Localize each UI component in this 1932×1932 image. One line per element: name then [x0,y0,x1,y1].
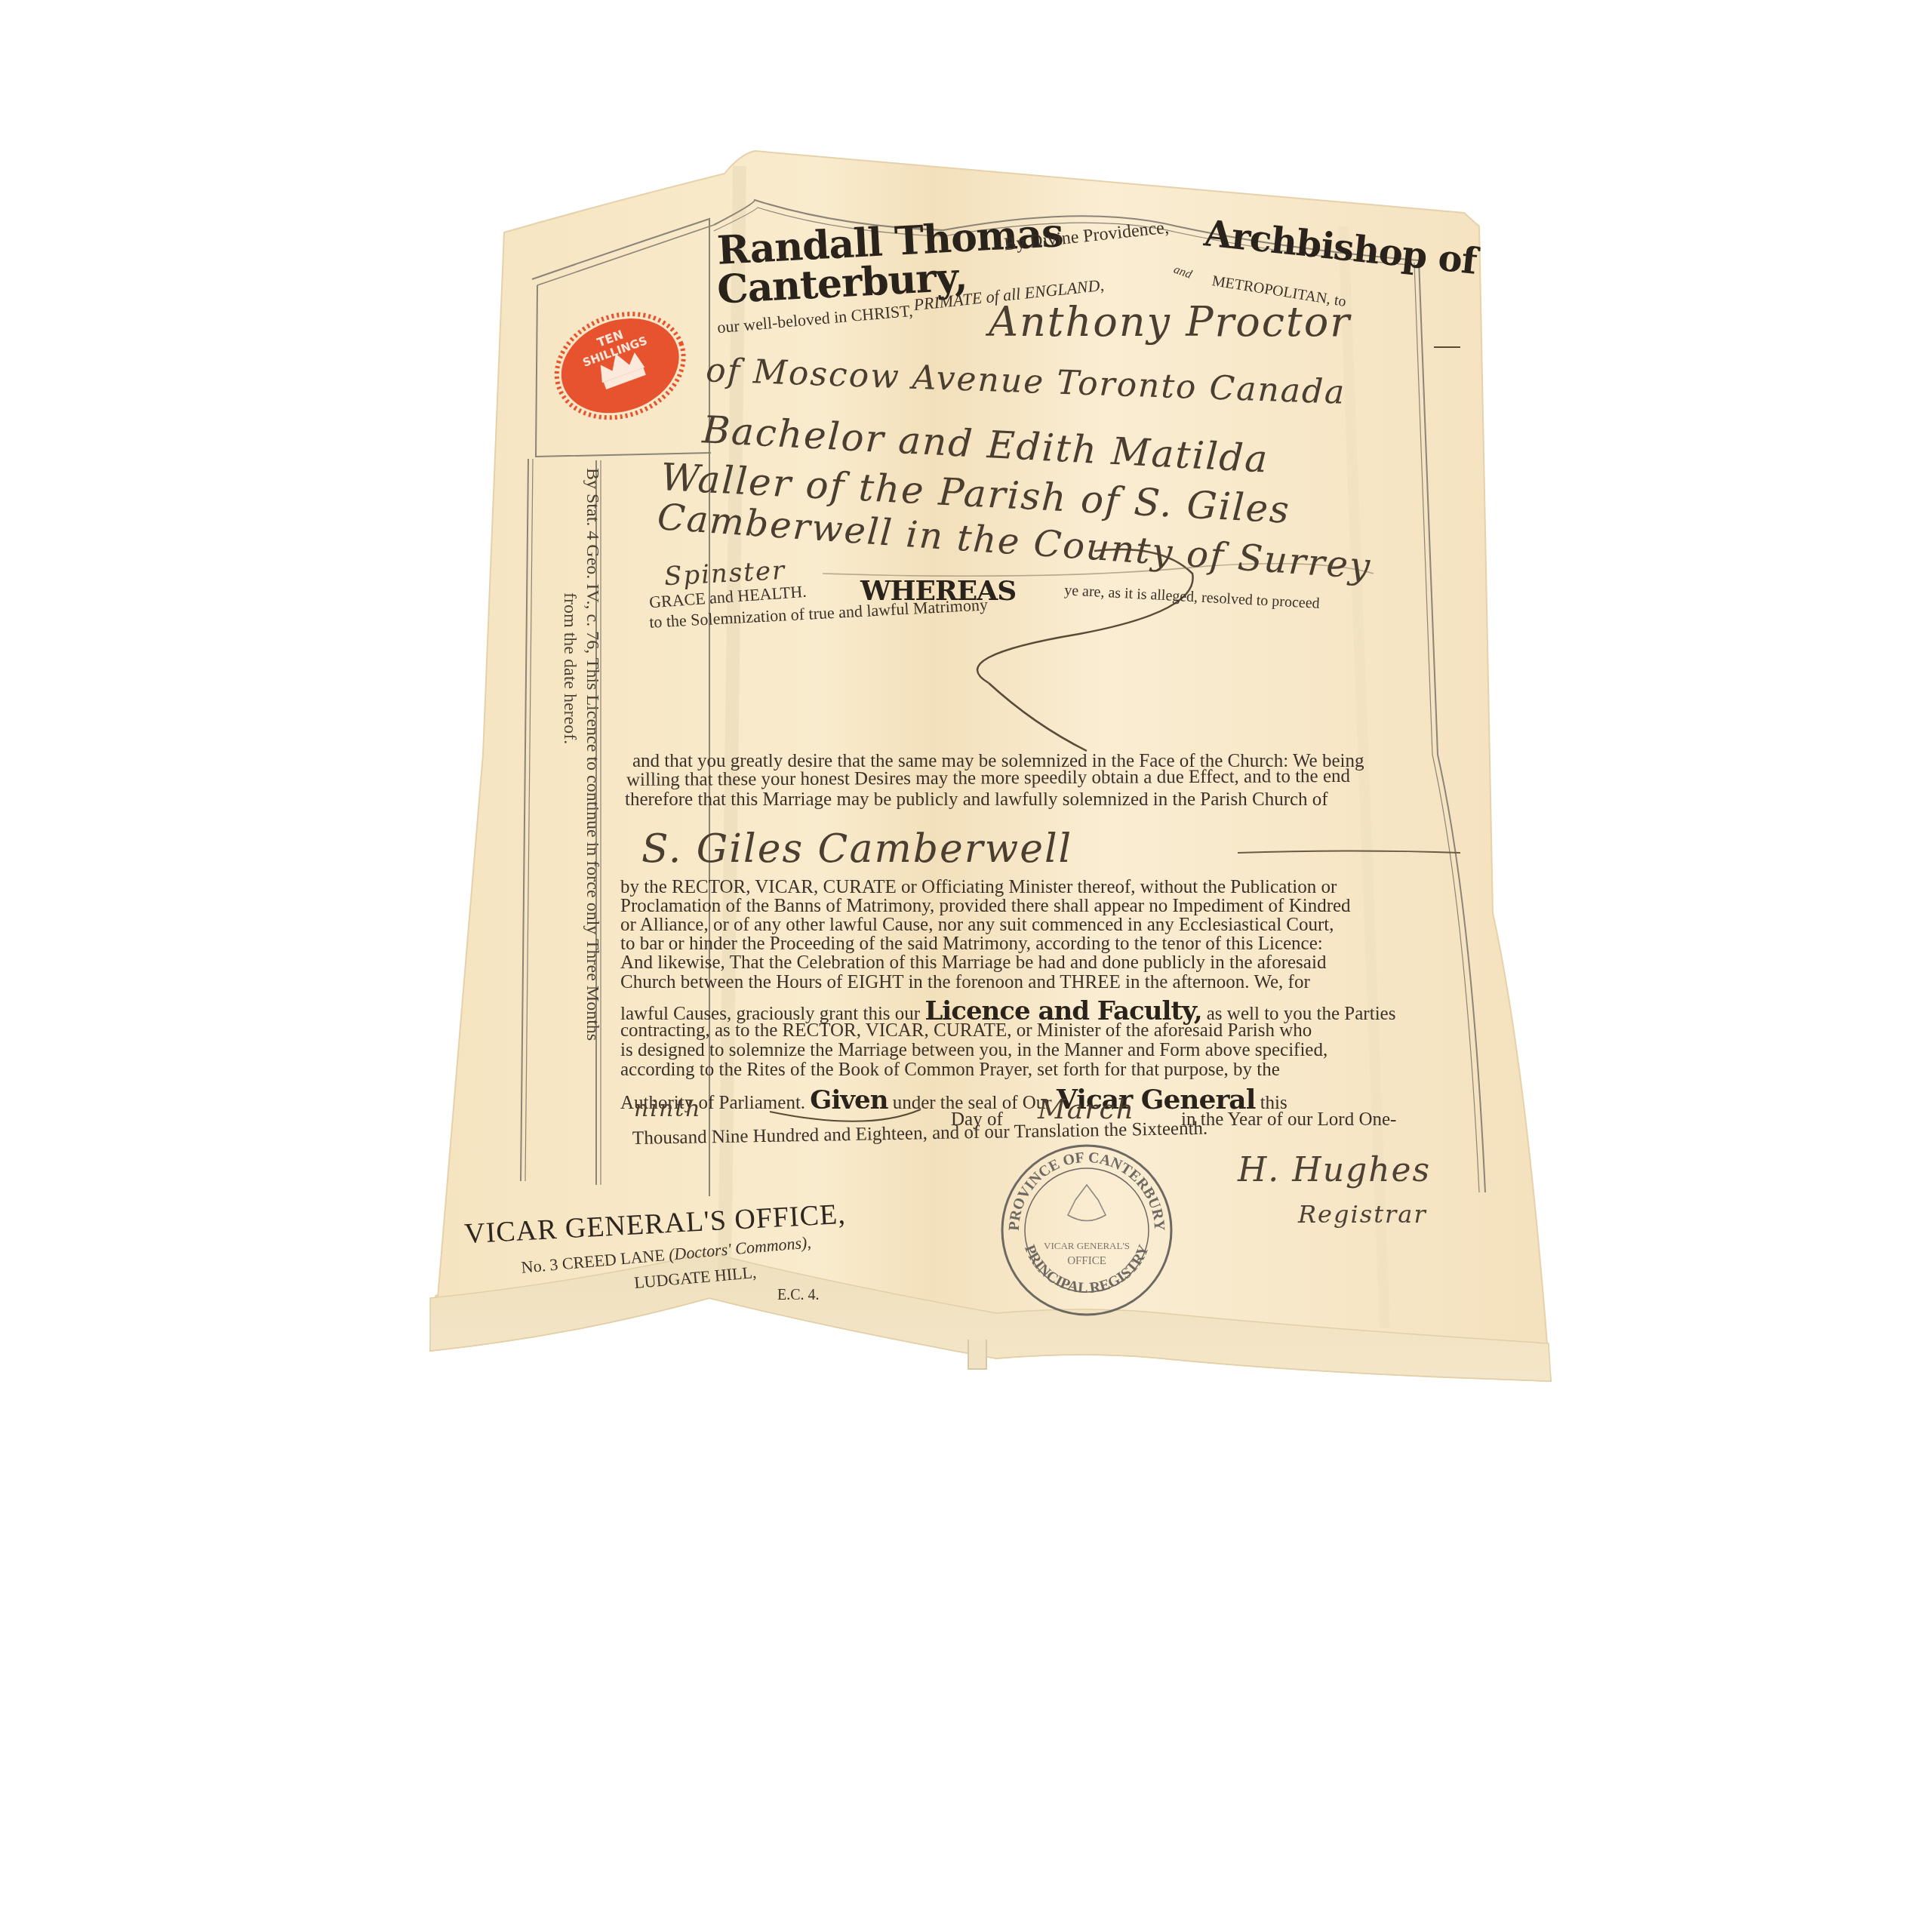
fold-tab [968,1340,987,1370]
official-seal: PROVINCE OF CANTERBURY PRINCIPAL REGISTR… [992,1140,1181,1321]
body-line: therefore that this Marriage may be publ… [625,789,1328,811]
body-line: according to the Rites of the Book of Co… [620,1060,1280,1081]
date-rest: in the Year of our Lord One- [1181,1109,1396,1131]
validity-note: By Stat. 4 Geo. IV., c. 76, This Licence… [582,468,602,1041]
body-line: is designed to solemnize the Marriage be… [620,1040,1327,1061]
office-address-3: E.C. 4. [777,1287,820,1304]
revenue-stamp: TEN SHILLINGS [543,287,694,438]
day-handwritten: ninth [634,1096,702,1122]
groom-name: Anthony Proctor [989,298,1351,346]
parish-church: S. Giles Camberwell [641,826,1072,872]
svg-text:PROVINCE OF CANTERBURY: PROVINCE OF CANTERBURY [1006,1149,1168,1232]
body-line: willing that these your honest Desires m… [626,766,1350,791]
validity-note-line-2: from the date hereof. [559,592,580,744]
body-line: by the RECTOR, VICAR, CURATE or Officiat… [620,877,1337,898]
body-line: or Alliance, or of any other lawful Caus… [620,915,1334,936]
seal-outer-top: PROVINCE OF CANTERBURY [1006,1149,1168,1232]
registrar-title: Registrar [1298,1200,1427,1229]
given-word: Given [810,1085,888,1115]
seal-inner-2: OFFICE [1067,1255,1106,1267]
licence-document: TEN SHILLINGS Randall Thomas By Divine P… [0,0,1932,1932]
body-line: contracting, as to the RECTOR, VICAR, CU… [620,1020,1312,1041]
body-line: Church between the Hours of EIGHT in the… [620,972,1310,993]
body-line: And likewise, That the Celebration of th… [620,952,1326,974]
body-line: to bar or hinder the Proceeding of the s… [620,934,1323,955]
body-line: Proclamation of the Banns of Matrimony, … [620,896,1351,917]
registrar-signature: H. Hughes [1238,1151,1431,1189]
seal-inner-1: VICAR GENERAL'S [1044,1240,1130,1251]
